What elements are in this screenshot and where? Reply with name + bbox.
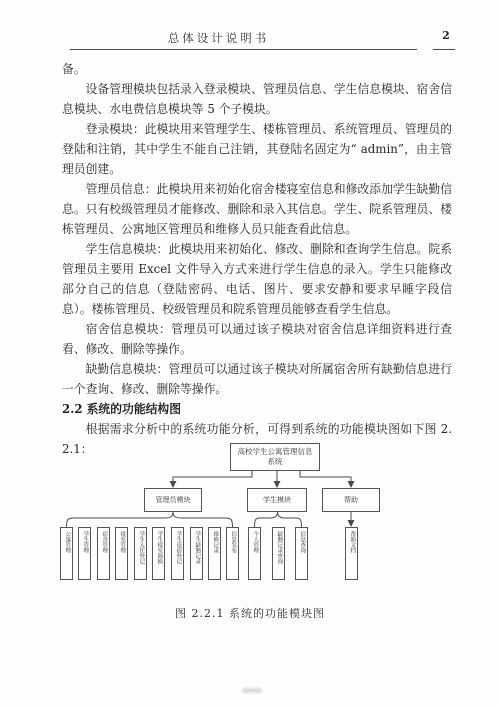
bracket-left-branch	[67, 512, 233, 527]
paragraph-continuation: 备。	[62, 59, 452, 79]
leaf-label: 学生缺勤记录	[194, 531, 200, 579]
function-module-diagram: 高校学生公寓管理信息系统 管理员模块 学生模块 帮助 公寓管理 学生管理 宿舍管…	[0, 438, 500, 623]
arrowhead	[348, 481, 355, 488]
leaf-label: 学生入住登记	[138, 531, 144, 579]
page-number-underline	[433, 49, 455, 50]
diagram-leaf-node: 学生入住登记	[134, 527, 147, 580]
paragraph: 宿舍信息模块：管理员可以通过该子模块对宿舍信息详细资料进行查看、修改、删除等操作…	[62, 319, 452, 359]
diagram-root-node: 高校学生公寓管理信息系统	[230, 443, 320, 471]
diagram-branch-student: 学生模块	[247, 488, 307, 512]
diagram-leaf-node: 维修记录	[208, 527, 221, 580]
leaf-label: 宿舍管理	[101, 531, 107, 579]
leaf-label: 个人管理	[252, 531, 258, 579]
leaf-label: 信息查询	[299, 531, 305, 579]
leaf-label: 寝室管理	[119, 531, 125, 579]
diagram-leaf-node: 寝室管理	[115, 527, 128, 580]
diagram-leaf-node: 学生缺勤记录	[190, 527, 203, 580]
leaf-label: 学生寝室调换	[156, 531, 162, 579]
header-rule	[70, 49, 417, 50]
arrowhead	[348, 520, 355, 527]
diagram-leaf-node: 公寓管理	[60, 527, 73, 580]
paragraph: 设备管理模块包括录入登录模块、管理员信息、学生信息模块、宿舍信息模块、水电费信息…	[62, 79, 452, 119]
leaf-label: 学生管理	[82, 531, 88, 579]
diagram-leaf-node: 信息查询	[295, 527, 308, 580]
diagram-leaf-node: 学生管理	[78, 527, 91, 580]
diagram-branch-help: 帮助	[322, 488, 380, 512]
figure-caption: 图 2.2.1 系统的功能模块图	[0, 605, 500, 621]
leaf-label: 公寓管理	[64, 531, 70, 579]
diagram-leaf-node: 学生退宿登记	[171, 527, 184, 580]
diagram-leaf-node: 个人管理	[248, 527, 261, 580]
diagram-branch-admin: 管理员模块	[144, 488, 202, 512]
diagram-leaf-node: 信息发布	[226, 527, 239, 580]
section-heading: 2.2 系统的功能结构图	[62, 399, 452, 419]
paragraph: 管理员信息：此模块用来初始化宿舍楼寝室信息和修改添加学生缺勤信息。只有校级管理员…	[62, 179, 452, 239]
connector-root-left	[173, 471, 252, 481]
diagram-leaf-node: 宿舍管理	[97, 527, 110, 580]
leaf-label: 帮助文档	[349, 531, 355, 579]
leaf-label: 学生退宿登记	[175, 531, 181, 579]
paragraph: 学生信息模块：此模块用来初始化、修改、删除和查询学生信息。院系管理员主要用 Ex…	[62, 239, 452, 319]
bracket-middle-branch	[255, 512, 302, 527]
connector-root-right	[300, 471, 351, 481]
document-page: 总体设计说明书 2 备。 设备管理模块包括录入登录模块、管理员信息、学生信息模块…	[0, 0, 500, 707]
arrowhead	[274, 481, 281, 488]
diagram-leaf-node: 缺勤记录查询	[272, 527, 285, 580]
leaf-label: 维修记录	[212, 531, 218, 579]
footer-artifact	[242, 688, 262, 693]
document-body: 备。 设备管理模块包括录入登录模块、管理员信息、学生信息模块、宿舍信息模块、水电…	[62, 59, 452, 459]
paragraph: 缺勤信息模块：管理员可以通过该子模块对所属宿舍所有缺勤信息进行一个查询、修改、删…	[62, 359, 452, 399]
document-header-title: 总体设计说明书	[0, 30, 437, 46]
leaf-label: 缺勤记录查询	[276, 531, 282, 579]
paragraph: 登录模块：此模块用来管理学生、楼栋管理员、系统管理员、管理员的登陆和注销，其中学…	[62, 119, 452, 179]
diagram-leaf-node: 帮助文档	[345, 527, 358, 580]
page-number: 2	[436, 29, 456, 42]
diagram-leaf-node: 学生寝室调换	[152, 527, 165, 580]
leaf-label: 信息发布	[230, 531, 236, 579]
arrowhead	[170, 481, 177, 488]
